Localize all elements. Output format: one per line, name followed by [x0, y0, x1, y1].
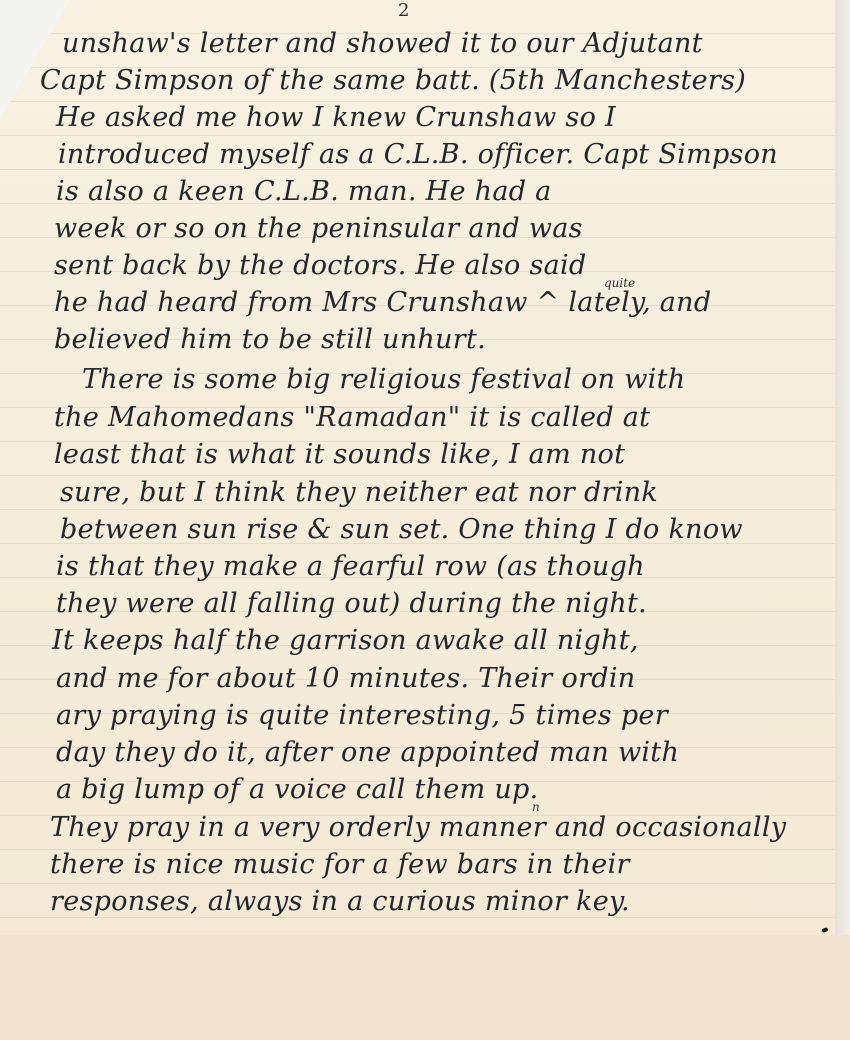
page-number: 2 — [398, 0, 409, 21]
letter-line: they were all falling out) during the ni… — [56, 588, 647, 619]
letter-line: ary praying is quite interesting, 5 time… — [56, 700, 668, 731]
letter-line: sent back by the doctors. He also said — [54, 250, 587, 281]
insertion-note: quite — [604, 276, 635, 290]
letter-line: unshaw's letter and showed it to our Adj… — [62, 28, 703, 59]
page-edge — [835, 0, 850, 935]
letter-line: Capt Simpson of the same batt. (5th Manc… — [40, 65, 746, 96]
letter-line: least that is what it sounds like, I am … — [54, 439, 625, 470]
insertion-note: n — [532, 800, 540, 814]
letter-line: believed him to be still unhurt. — [54, 324, 486, 355]
scanned-page: 2 unshaw's letter and showed it to our A… — [0, 0, 850, 935]
letter-line: responses, always in a curious minor key… — [50, 886, 630, 917]
letter-line: sure, but I think they neither eat nor d… — [60, 477, 658, 508]
letter-line: There is some big religious festival on … — [82, 364, 685, 395]
letter-line: between sun rise & sun set. One thing I … — [60, 514, 743, 545]
letter-line: week or so on the peninsular and was — [54, 213, 583, 244]
letter-line: and me for about 10 minutes. Their ordin — [56, 663, 636, 694]
letter-line: day they do it, after one appointed man … — [56, 737, 679, 768]
letter-line: he had heard from Mrs Crunshaw ^ lately,… — [54, 287, 711, 318]
letter-line: introduced myself as a C.L.B. officer. C… — [58, 139, 778, 170]
letter-line: is that they make a fearful row (as thou… — [56, 551, 645, 582]
letter-line: He asked me how I knew Crunshaw so I — [56, 102, 616, 133]
letter-line: the Mahomedans "Ramadan" it is called at — [54, 402, 650, 433]
letter-line: is also a keen C.L.B. man. He had a — [56, 176, 552, 207]
letter-line: there is nice music for a few bars in th… — [50, 849, 630, 880]
scan-background — [0, 935, 850, 1040]
letter-line: It keeps half the garrison awake all nig… — [52, 625, 639, 656]
letter-line: They pray in a very orderly manner and o… — [50, 812, 786, 843]
letter-line: a big lump of a voice call them up. — [56, 774, 539, 805]
